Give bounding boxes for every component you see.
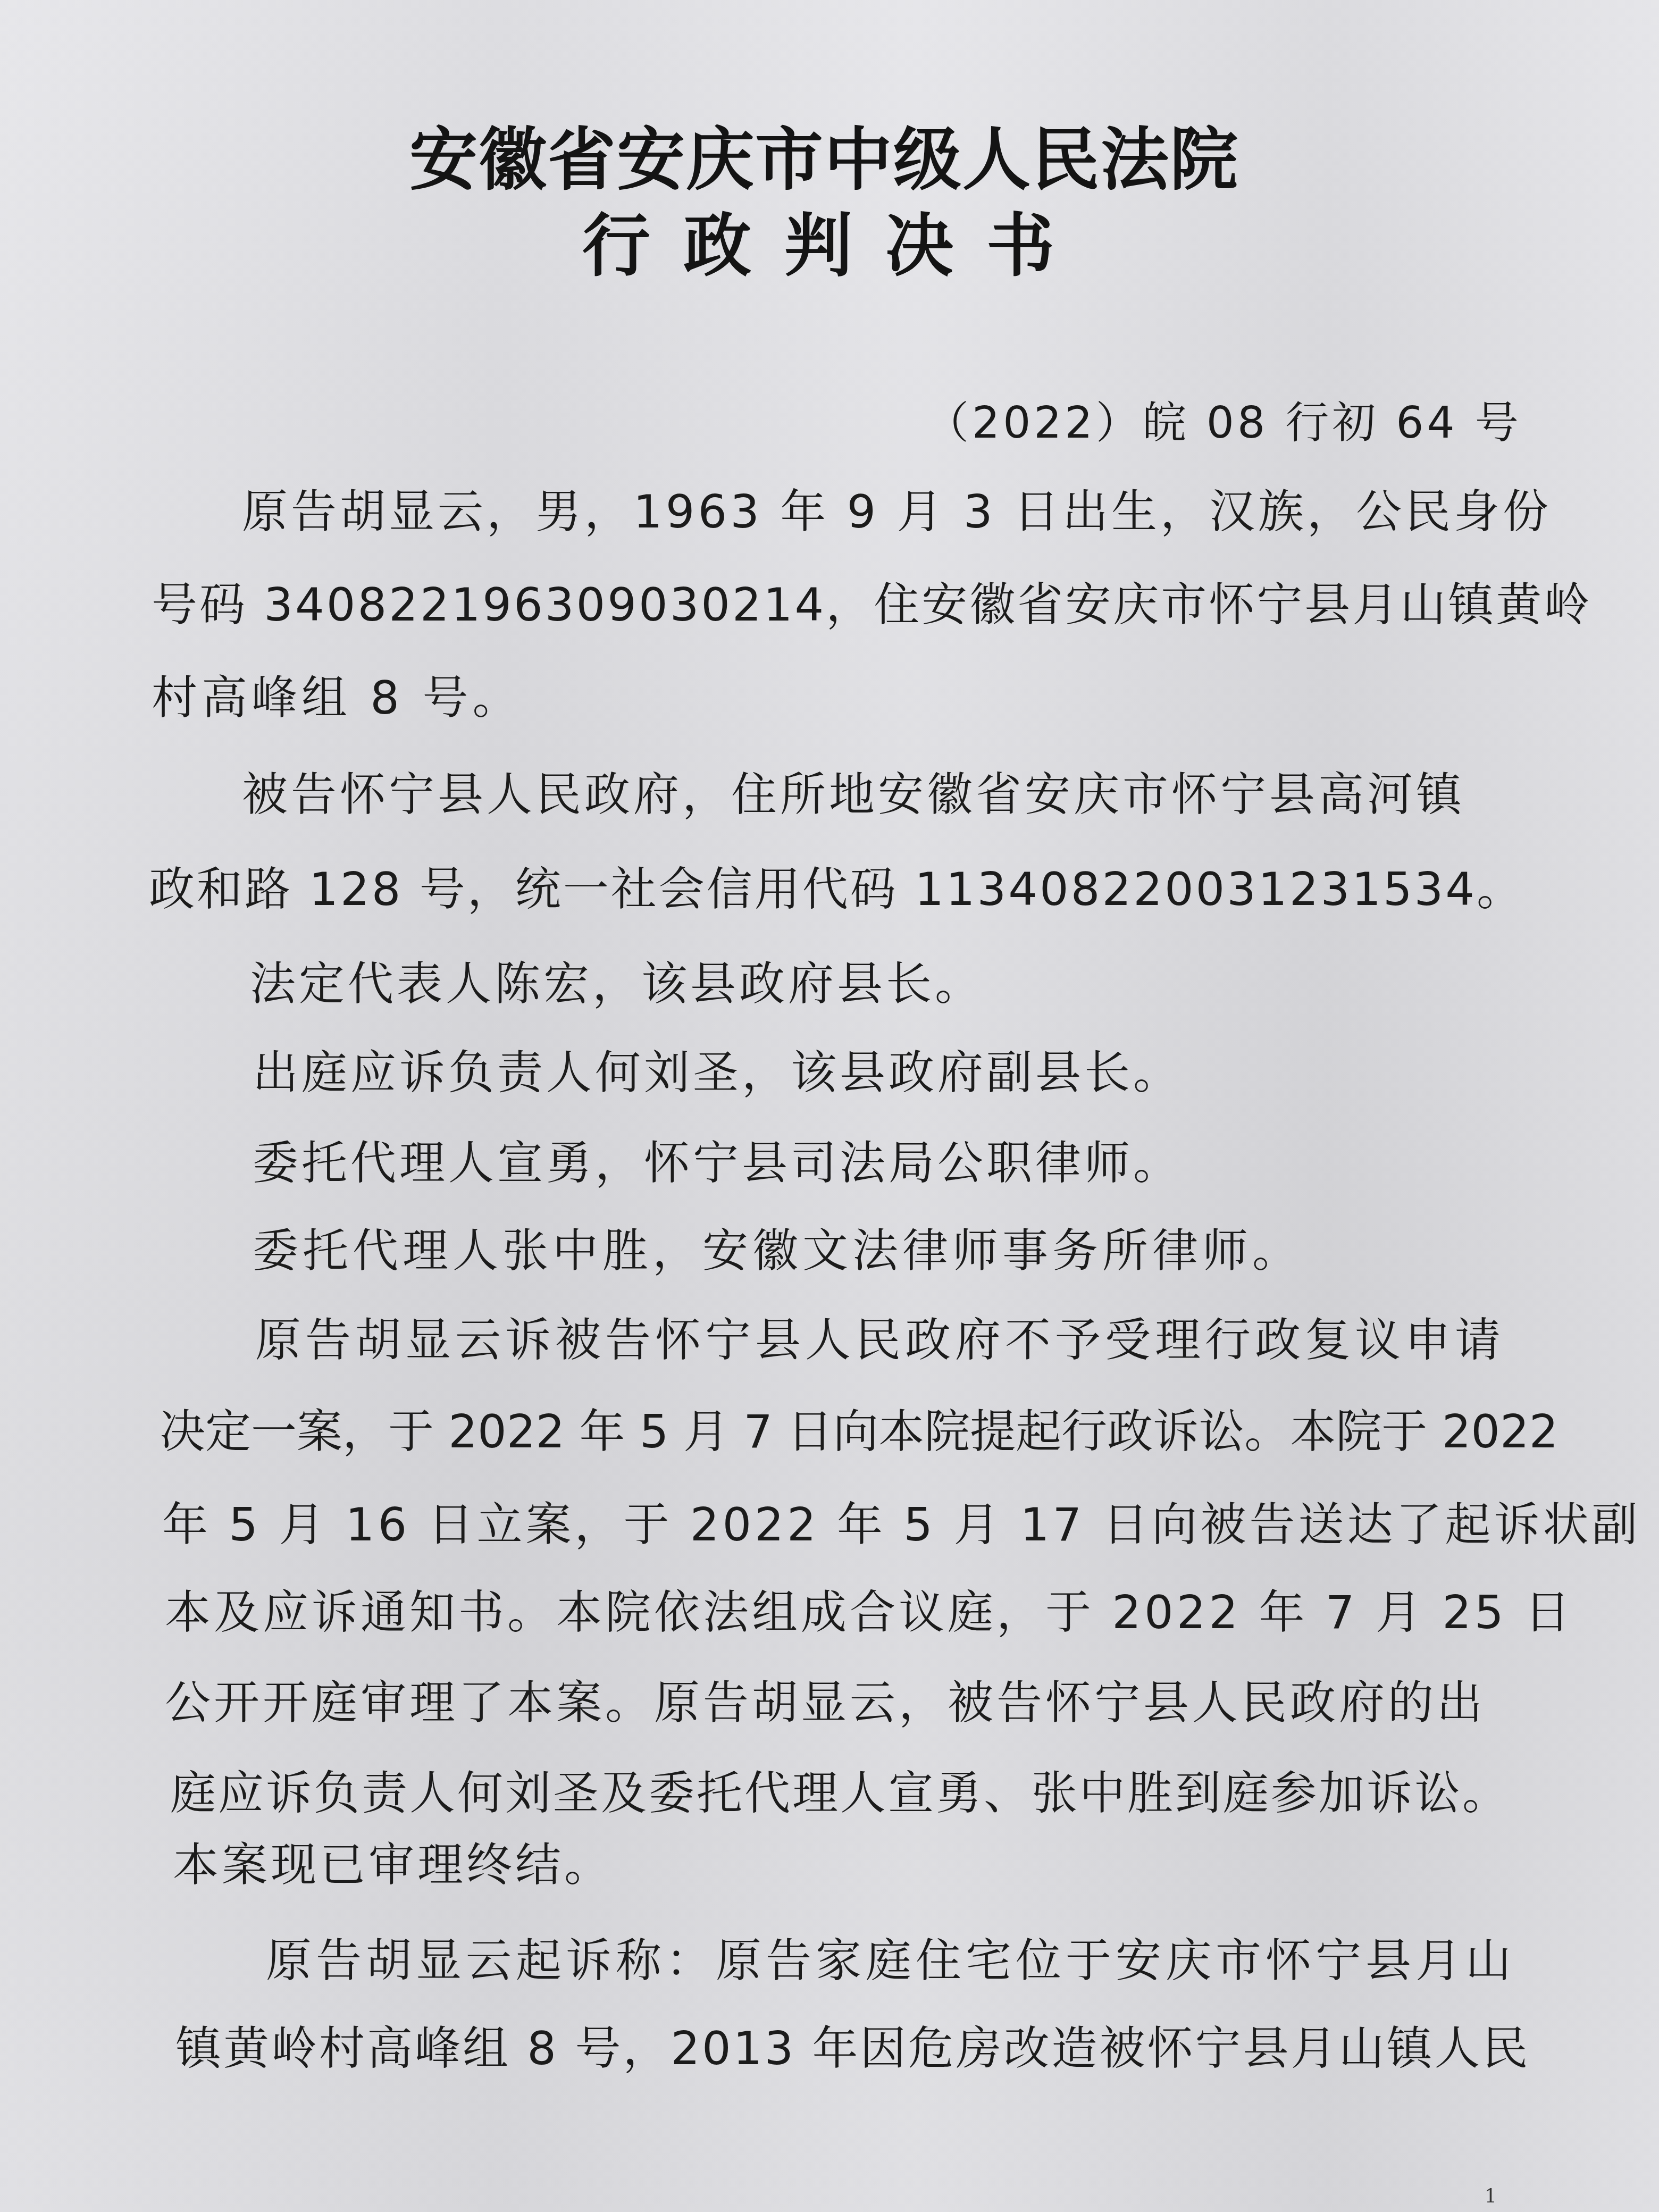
plaintiff-claim-line-1: 原告胡显云起诉称：原告家庭住宅位于安庆市怀宁县月山 xyxy=(266,1938,1515,1984)
case-history-line-5: 公开开庭审理了本案。原告胡显云，被告怀宁县人民政府的出 xyxy=(165,1680,1486,1726)
document-type-heading: 行政判决书 xyxy=(5,213,1659,281)
case-history-line-6: 庭应诉负责人何刘圣及委托代理人宣勇、张中胜到庭参加诉讼。 xyxy=(170,1771,1510,1816)
case-history-line-4: 本及应诉通知书。本院依法组成合议庭，于 2022 年 7 月 25 日 xyxy=(165,1590,1573,1636)
agent-2: 委托代理人张中胜，安徽文法律师事务所律师。 xyxy=(253,1228,1302,1274)
court-name-heading: 安徽省安庆市中级人民法院 xyxy=(0,127,1654,195)
plaintiff-info-line-2: 号码 340822196309030214，住安徽省安庆市怀宁县月山镇黄岭 xyxy=(152,582,1591,628)
page-number: 1 xyxy=(1485,2185,1497,2207)
plaintiff-info-line-3: 村高峰组 8 号。 xyxy=(152,675,522,721)
case-history-line-3: 年 5 月 16 日立案，于 2022 年 5 月 17 日向被告送达了起诉状副 xyxy=(162,1502,1641,1548)
case-history-line-1: 原告胡显云诉被告怀宁县人民政府不予受理行政复议申请 xyxy=(255,1318,1505,1363)
case-history-line-7: 本案现已审理终结。 xyxy=(173,1842,613,1888)
plaintiff-claim-line-2: 镇黄岭村高峰组 8 号，2013 年因危房改造被怀宁县月山镇人民 xyxy=(175,2026,1530,2072)
case-history-line-2: 决定一案，于 2022 年 5 月 7 日向本院提起行政诉讼。本院于 2022 xyxy=(160,1409,1559,1455)
defendant-info-line-2: 政和路 128 号，统一社会信用代码 11340822003123153​4。 xyxy=(149,867,1524,912)
legal-representative: 法定代表人陈宏，该县政府县长。 xyxy=(250,961,984,1007)
case-number: （2022）皖 08 行初 64 号 xyxy=(925,401,1522,445)
document-page: 安徽省安庆市中级人民法院 行政判决书 （2022）皖 08 行初 64 号 原告… xyxy=(0,0,1659,2212)
plaintiff-info-line-1: 原告胡显云，男，1963 年 9 月 3 日出生，汉族，公民身份 xyxy=(242,489,1552,535)
court-appearance-officer: 出庭应诉负责人何刘圣，该县政府副县长。 xyxy=(253,1050,1182,1096)
agent-1: 委托代理人宣勇，怀宁县司法局公职律师。 xyxy=(253,1141,1182,1186)
defendant-info-line-1: 被告怀宁县人民政府，住所地安徽省安庆市怀宁县高河镇 xyxy=(242,772,1465,818)
